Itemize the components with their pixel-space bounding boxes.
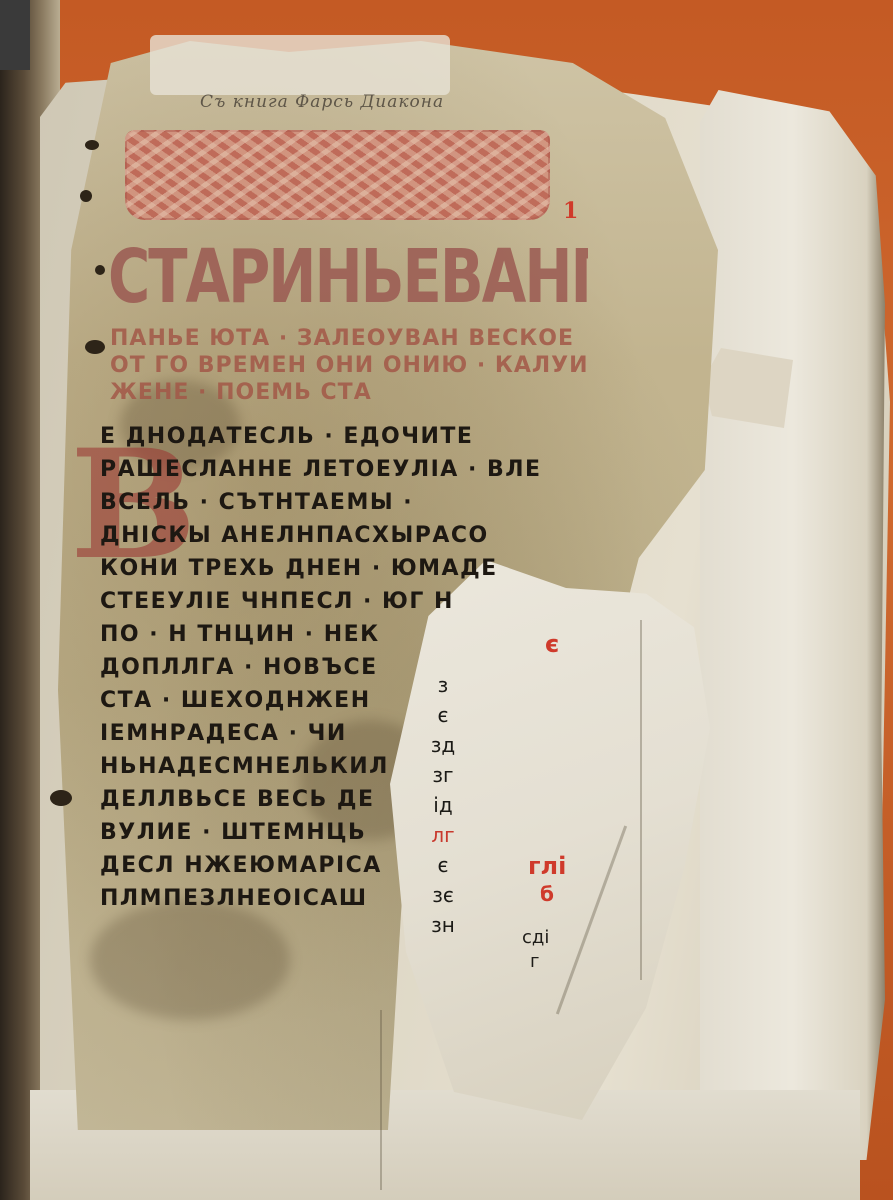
torn-paper-tab: [703, 348, 793, 428]
main-text-block: Е ДНОДАТЕСЛЬ · ЕДОЧИТЕ РАШЕСЛАННЕ ЛЕТОЕУ…: [100, 420, 542, 915]
text-line: ПО · Н ТНЦИН · НЕК: [100, 618, 542, 651]
red-marginal-mark: б: [540, 882, 554, 906]
binding-corner: [0, 0, 30, 70]
margin-note: є: [425, 700, 461, 730]
text-line: СТЕЕУЛІЕ ЧНПЕСЛ · ЮГ Н: [100, 585, 542, 618]
text-line: ІЕМНРАДЕСА · ЧИ: [100, 717, 542, 750]
ownership-inscription: Съ книга Фарсь Диакона: [200, 92, 444, 112]
margin-note: зн: [425, 910, 461, 940]
text-line: ДОПЛЛГА · НОВЪСЕ: [100, 651, 542, 684]
red-marginal-mark: глі: [528, 852, 566, 880]
worm-hole: [85, 340, 105, 354]
paper-crease: [380, 1010, 382, 1190]
margin-note: є: [425, 850, 461, 880]
margin-note: ід: [425, 790, 461, 820]
text-line: РАШЕСЛАННЕ ЛЕТОЕУЛІА · ВЛЕ: [100, 453, 542, 486]
text-line: ВУЛИЕ · ШТЕМНЦЬ: [100, 816, 542, 849]
rubric-block: ПАНЬЕ ЮТА · ЗАЛЕОУВАН ВЕСКОЕ ОТ ГО ВРЕМЕ…: [110, 325, 610, 406]
margin-note: зд: [425, 730, 461, 760]
margin-note: зє: [425, 880, 461, 910]
worm-hole: [85, 140, 99, 150]
worm-hole: [95, 265, 105, 275]
black-marginal-mark: сді: [522, 928, 549, 948]
text-line: ДЕЛЛВЬСЕ ВЕСЬ ДЕ: [100, 783, 542, 816]
torn-top-edge: [150, 35, 450, 95]
text-line: ДЕСЛ НЖЕЮМАРІСА: [100, 849, 542, 882]
margin-note: зг: [425, 760, 461, 790]
text-line: НЬНАДЕСМНЕЛЬКИЛ: [100, 750, 542, 783]
red-marginal-mark: є: [545, 630, 559, 658]
black-marginal-mark: г: [530, 952, 539, 972]
text-line: ПЛМПЕЗЛНЕОІСАШ: [100, 882, 542, 915]
text-line: Е ДНОДАТЕСЛЬ · ЕДОЧИТЕ: [100, 420, 542, 453]
title-vyaz: СТАРИНЬЕВАНГЕЛЛО: [108, 232, 588, 324]
margin-note-red: лг: [425, 820, 461, 850]
worm-hole: [50, 790, 72, 806]
paper-crease: [640, 620, 642, 980]
interlace-headpiece-ornament: [125, 130, 550, 220]
folio-number: 1: [563, 198, 578, 224]
rubric-line: ЖЕНЕ · ПОЕМЬ СТА: [110, 379, 610, 406]
text-line: КОНИ ТРЕХЬ ДНЕН · ЮМАДЕ: [100, 552, 542, 585]
right-paper-flyleaf: [700, 90, 885, 1160]
worm-hole: [80, 190, 92, 202]
stain: [90, 900, 290, 1020]
rubric-line: ОТ ГО ВРЕМЕН ОНИ ОНИЮ · КАЛУИ: [110, 352, 610, 379]
margin-note: з: [425, 670, 461, 700]
text-line: СТА · ШЕХОДНЖЕН: [100, 684, 542, 717]
rubric-line: ПАНЬЕ ЮТА · ЗАЛЕОУВАН ВЕСКОЕ: [110, 325, 610, 352]
marginal-numerals: з є зд зг ід лг є зє зн: [425, 670, 461, 940]
text-line: ДНІСКЫ АНЕЛНПАСХЫРАСО: [100, 519, 542, 552]
text-line: ВСЕЛЬ · СЪТНТАЕМЫ ·: [100, 486, 542, 519]
